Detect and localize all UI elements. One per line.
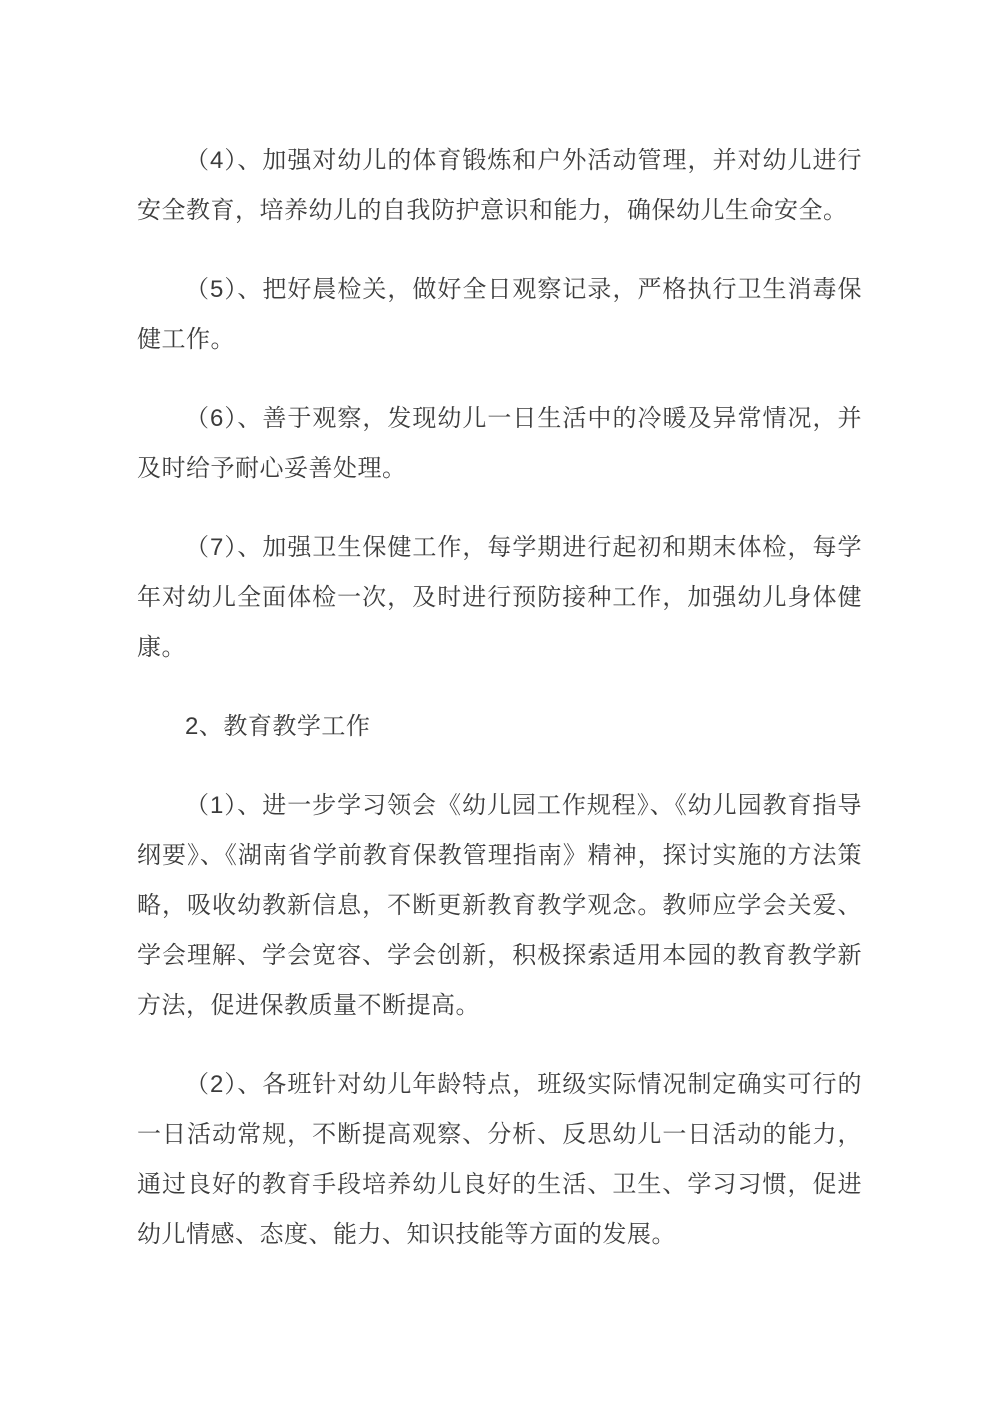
document-body: （4）、加强对幼儿的体育锻炼和户外活动管理，并对幼儿进行安全教育，培养幼儿的自我…: [137, 136, 862, 1260]
paragraph: （2）、各班针对幼儿年龄特点，班级实际情况制定确实可行的一日活动常规，不断提高观…: [137, 1060, 862, 1260]
paragraph: （6）、善于观察，发现幼儿一日生活中的冷暖及异常情况，并及时给予耐心妥善处理。: [137, 394, 862, 494]
paragraph: （1）、进一步学习领会《幼儿园工作规程》、《幼儿园教育指导纲要》、《湖南省学前教…: [137, 781, 862, 1031]
paragraph: （7）、加强卫生保健工作，每学期进行起初和期末体检，每学年对幼儿全面体检一次，及…: [137, 523, 862, 673]
paragraph: （4）、加强对幼儿的体育锻炼和户外活动管理，并对幼儿进行安全教育，培养幼儿的自我…: [137, 136, 862, 236]
section-heading: 2、教育教学工作: [137, 702, 862, 752]
paragraph: （5）、把好晨检关，做好全日观察记录，严格执行卫生消毒保健工作。: [137, 265, 862, 365]
document-page: （4）、加强对幼儿的体育锻炼和户外活动管理，并对幼儿进行安全教育，培养幼儿的自我…: [0, 0, 1000, 1415]
